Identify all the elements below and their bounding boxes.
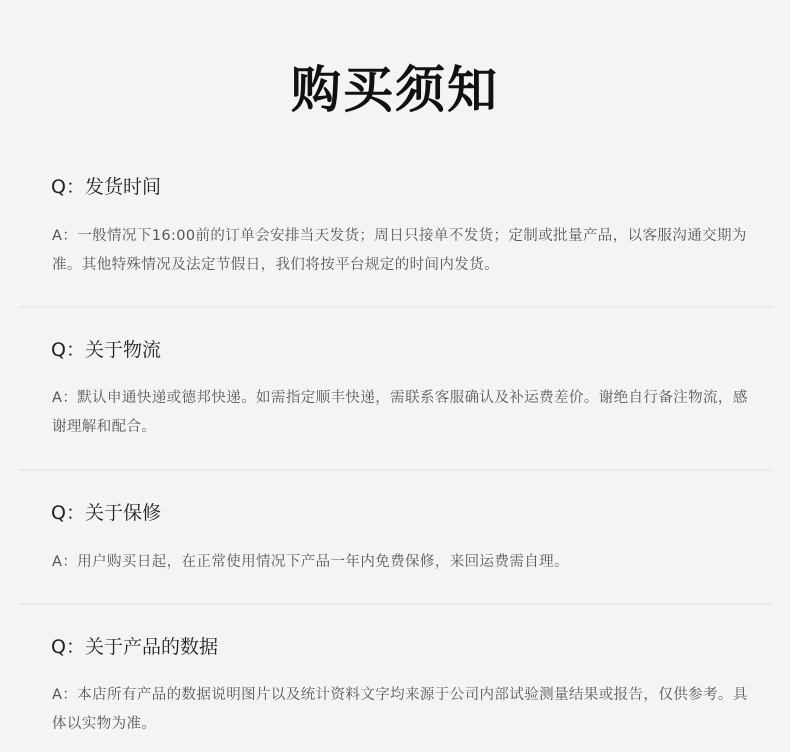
- divider: [19, 469, 772, 471]
- divider: [19, 603, 772, 605]
- faq-answer: A：本店所有产品的数据说明图片以及统计资料文字均来源于公司内部试验测量结果或报告…: [52, 681, 752, 739]
- page-title: 购买须知: [0, 58, 790, 122]
- faq-answer: A：用户购买日起，在正常使用情况下产品一年内免费保修，来回运费需自理。: [52, 548, 752, 577]
- faq-answer: A：一般情况下16:00前的订单会安排当天发货；周日只接单不发货；定制或批量产品…: [52, 222, 752, 280]
- faq-question: Q：关于产品的数据: [51, 634, 218, 660]
- divider: [19, 306, 772, 308]
- faq-answer: A：默认申通快递或德邦快递。如需指定顺丰快递，需联系客服确认及补运费差价。谢绝自…: [52, 384, 752, 442]
- faq-question: Q：关于保修: [51, 500, 161, 526]
- faq-question: Q：关于物流: [51, 337, 161, 363]
- faq-question: Q：发货时间: [51, 174, 161, 200]
